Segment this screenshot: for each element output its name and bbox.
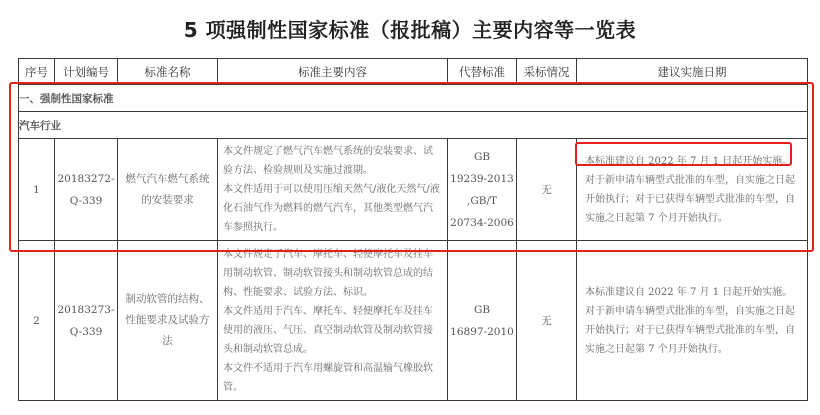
row-index: 2 [19, 241, 55, 401]
content-paragraph: 本文件规定了燃气汽车燃气系统的安装要求、试验方法、检验规则及实施过渡期。 [223, 142, 442, 180]
date-text: 对于新申请车辆型式批准的车型，自实施之日起开始执行；对于已获得车辆型式批准的车型… [585, 175, 795, 224]
plan-number-line2: Q-339 [55, 190, 117, 212]
row-replaces: GB 16897-2010 [448, 241, 517, 401]
plan-number-line1: 20183272- [55, 168, 117, 190]
plan-number-line2: Q-339 [55, 321, 117, 343]
industry-label: 汽车行业 [19, 112, 808, 139]
replaces-line: 16897-2010 [448, 321, 516, 343]
row-adoption: 无 [517, 241, 577, 401]
row-implementation-date: 本标准建议自 2022 年 7 月 1 日起开始实施。对于新申请车辆型式批准的车… [577, 241, 808, 401]
row-plan-number: 20183273- Q-339 [55, 241, 118, 401]
replaces-line: GB [448, 299, 516, 321]
document-title: 5 项强制性国家标准（报批稿）主要内容等一览表 [0, 14, 820, 43]
content-paragraph: 本文件适用于可以使用压缩天然气/液化天然气/液化石油气作为燃料的燃气汽车，其他类… [223, 180, 442, 237]
row-replaces: GB 19239-2013 ,GB/T 20734-2006 [448, 139, 517, 241]
header-row: 序号 计划编号 标准名称 标准主要内容 代替标准 采标情况 建议实施日期 [19, 59, 808, 85]
row-standard-name: 燃气汽车燃气系统的安装要求 [118, 139, 218, 241]
industry-row: 汽车行业 [19, 112, 808, 139]
header-adoption: 采标情况 [517, 59, 577, 85]
replaces-line: 20734-2006 [448, 212, 516, 234]
content-paragraph: 本文件不适用于汽车用螺旋管和高温输气橡胶软管。 [223, 359, 442, 397]
header-main-content: 标准主要内容 [218, 59, 448, 85]
section-label: 一、强制性国家标准 [19, 85, 808, 112]
content-paragraph: 本文件适用于汽车、摩托车、轻便摩托车及挂车使用的液压、气压、真空制动软管及制动软… [223, 302, 442, 359]
replaces-line: 19239-2013 [448, 168, 516, 190]
row-index: 1 [19, 139, 55, 241]
row-standard-name: 制动软管的结构、性能要求及试验方法 [118, 241, 218, 401]
row-main-content: 本文件规定了汽车、摩托车、轻便摩托车及挂车用制动软管、制动软管接头和制动软管总成… [218, 241, 448, 401]
date-text: 本标准建议自 2022 年 7 月 1 日起开始实施。对于新申请车辆型式批准的车… [585, 287, 795, 355]
table-row: 2 20183273- Q-339 制动软管的结构、性能要求及试验方法 本文件规… [19, 241, 808, 401]
replaces-line: ,GB/T [448, 190, 516, 212]
header-implementation-date: 建议实施日期 [577, 59, 808, 85]
plan-number-line1: 20183273- [55, 299, 117, 321]
header-index: 序号 [19, 59, 55, 85]
replaces-line: GB [448, 146, 516, 168]
row-adoption: 无 [517, 139, 577, 241]
standards-table: 序号 计划编号 标准名称 标准主要内容 代替标准 采标情况 建议实施日期 一、强… [18, 58, 808, 401]
header-plan-number: 计划编号 [55, 59, 118, 85]
header-standard-name: 标准名称 [118, 59, 218, 85]
header-replaces: 代替标准 [448, 59, 517, 85]
section-row: 一、强制性国家标准 [19, 85, 808, 112]
table-row: 1 20183272- Q-339 燃气汽车燃气系统的安装要求 本文件规定了燃气… [19, 139, 808, 241]
date-highlighted-text: 本标准建议自 2022 年 7 月 1 日起开始实施。 [585, 156, 792, 167]
content-paragraph: 本文件规定了汽车、摩托车、轻便摩托车及挂车用制动软管、制动软管接头和制动软管总成… [223, 245, 442, 302]
row-implementation-date: 本标准建议自 2022 年 7 月 1 日起开始实施。对于新申请车辆型式批准的车… [577, 139, 808, 241]
row-main-content: 本文件规定了燃气汽车燃气系统的安装要求、试验方法、检验规则及实施过渡期。 本文件… [218, 139, 448, 241]
row-plan-number: 20183272- Q-339 [55, 139, 118, 241]
